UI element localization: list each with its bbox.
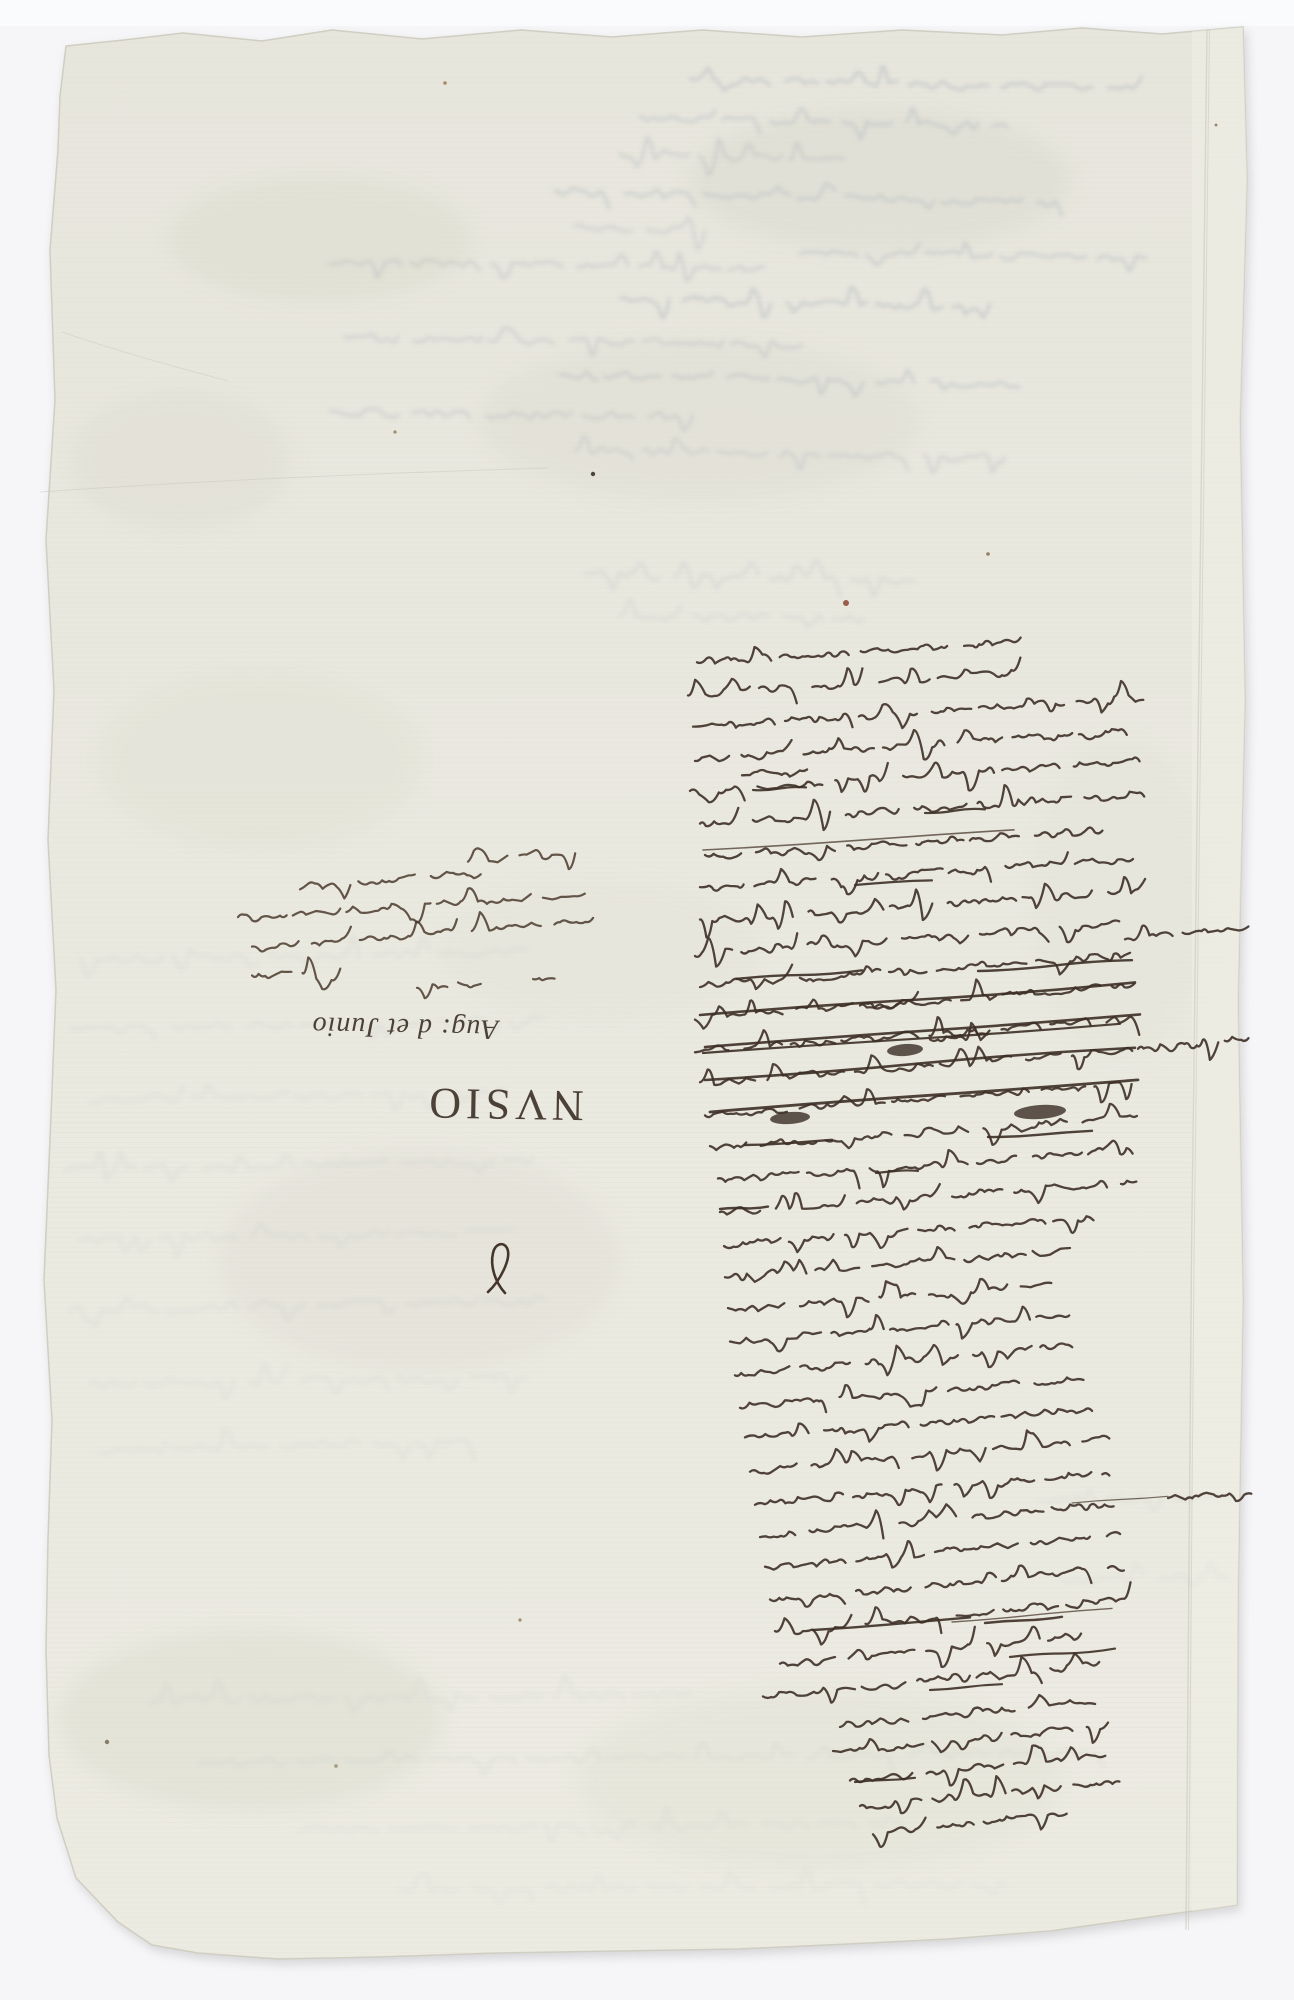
foxing-speck [591,472,595,476]
foxing-speck [518,1618,521,1621]
docket-date-rotated: Aug: d et Junio [311,1010,500,1044]
scanner-background-top-strip [0,0,1294,26]
foxing-speck [986,552,990,556]
manuscript-canvas: NVSIO Aug: d et Junio [0,0,1294,2000]
foxing-speck [443,81,447,85]
docket-title-rotated: NVSIO [424,1079,584,1131]
foxing-speck [105,1740,109,1744]
red-ink-speck [843,600,849,606]
foxing-speck [334,1764,338,1768]
foxing-speck [1215,124,1218,127]
foxing-speck [393,430,396,433]
manuscript-scan: NVSIO Aug: d et Junio [0,0,1294,2000]
